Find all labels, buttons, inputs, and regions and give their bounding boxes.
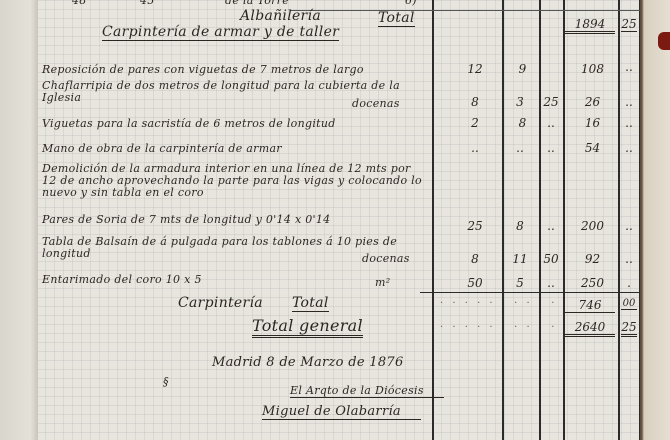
item-5-description: Demolición de la armadura interior en un… (42, 163, 422, 199)
item-7-amount-cents: . (622, 276, 636, 290)
grand-total-cents: 25 (621, 320, 637, 337)
item-6-quantity: 8 (455, 252, 495, 266)
item-3-amount-cents: .. (622, 116, 636, 130)
item-4-amount: 54 (570, 141, 615, 155)
item-1-description: Reposición de pares con viguetas de 7 me… (42, 63, 364, 76)
top-row-bracket: 6) (405, 0, 417, 7)
item-7-amount: 250 (570, 276, 615, 290)
item-6-price: 11 (505, 252, 535, 266)
column-rule-price (502, 0, 504, 440)
item-2-price: 3 (505, 95, 535, 109)
top-row-col-b: 45 (140, 0, 155, 7)
grand-total-label: Total general (252, 316, 363, 338)
item-7-price-cents: .. (540, 276, 562, 290)
previous-section-total-cents: 25 (621, 17, 637, 32)
item-5-price: 8 (505, 219, 535, 233)
binding-margin (0, 0, 38, 440)
item-3-quantity: 2 (455, 116, 495, 130)
item-5-sub-line: Pares de Soria de 7 mts de longitud y 0'… (42, 213, 330, 226)
item-3-price-cents: .. (540, 116, 562, 130)
item-4-price: .. (505, 141, 535, 155)
item-2-amount: 26 (570, 95, 615, 109)
margin-mark: § (163, 375, 169, 388)
item-1-price: 9 (510, 62, 535, 76)
item-1-amount: 108 (570, 62, 615, 76)
item-4-price-cents: .. (540, 141, 562, 155)
place-date: Madrid 8 de Marzo de 1876 (212, 355, 404, 370)
item-2-amount-cents: .. (622, 95, 636, 109)
carpentry-total-label: Carpintería (178, 295, 263, 311)
item-5-price-cents: .. (540, 219, 562, 233)
row-rule-top (290, 10, 640, 11)
item-4-description: Mano de obra de la carpintería de armar (42, 142, 282, 155)
row-rule-items-end (420, 292, 640, 293)
item-3-price: 8 (510, 116, 535, 130)
top-row-col-a: 48 (72, 0, 87, 7)
ledger-page: 48 45 de la Torre 6) Albañilería Total 1… (0, 0, 670, 440)
section-title: Carpintería de armar y de taller (102, 24, 339, 41)
previous-section-label: Albañilería (240, 8, 321, 24)
item-6-unit: docenas (362, 252, 410, 265)
grand-total-leader-dots: · · · · · · · · (440, 322, 557, 333)
item-3-amount: 16 (570, 116, 615, 130)
item-2-unit: docenas (352, 97, 400, 110)
carpentry-total-label2: Total (292, 295, 329, 312)
item-4-amount-cents: .. (622, 141, 636, 155)
item-1-amount-cents: .. (622, 60, 636, 74)
carpentry-total-cents: 00 (621, 298, 637, 310)
item-6-amount-cents: .. (622, 252, 636, 266)
grand-total-pesetas: 2640 (565, 320, 615, 337)
item-6-amount: 92 (570, 252, 615, 266)
top-row-text: de la Torre (225, 0, 289, 7)
item-4-quantity: .. (455, 141, 495, 155)
column-rule-amount (563, 0, 565, 440)
signature[interactable]: Miguel de Olabarría (262, 404, 421, 420)
carpentry-total-leader-dots: · · · · · · · · (440, 298, 557, 309)
carpentry-total-pesetas: 746 (565, 298, 615, 313)
item-7-description: Entarimado del coro 10 x 5 (42, 273, 202, 286)
column-rule-quantity (432, 0, 434, 440)
item-7-quantity: 50 (455, 276, 495, 290)
item-6-price-cents: 50 (540, 252, 562, 266)
item-7-unit: m² (375, 276, 390, 289)
column-rule-amount-cents (618, 0, 620, 440)
previous-section-total-pesetas: 1894 (565, 17, 615, 34)
item-5-amount: 200 (570, 219, 615, 233)
red-ribbon-mark (658, 32, 670, 50)
previous-section-total-label: Total (378, 10, 415, 27)
page-edge (640, 0, 670, 440)
signatory-role: El Arqto de la Diócesis (290, 384, 444, 398)
item-5-amount-cents: .. (622, 219, 636, 233)
item-5-quantity: 25 (455, 219, 495, 233)
item-1-quantity: 12 (455, 62, 495, 76)
item-2-quantity: 8 (455, 95, 495, 109)
item-3-description: Viguetas para la sacristía de 6 metros d… (42, 117, 336, 130)
item-2-price-cents: 25 (540, 95, 562, 109)
item-7-price: 5 (505, 276, 535, 290)
